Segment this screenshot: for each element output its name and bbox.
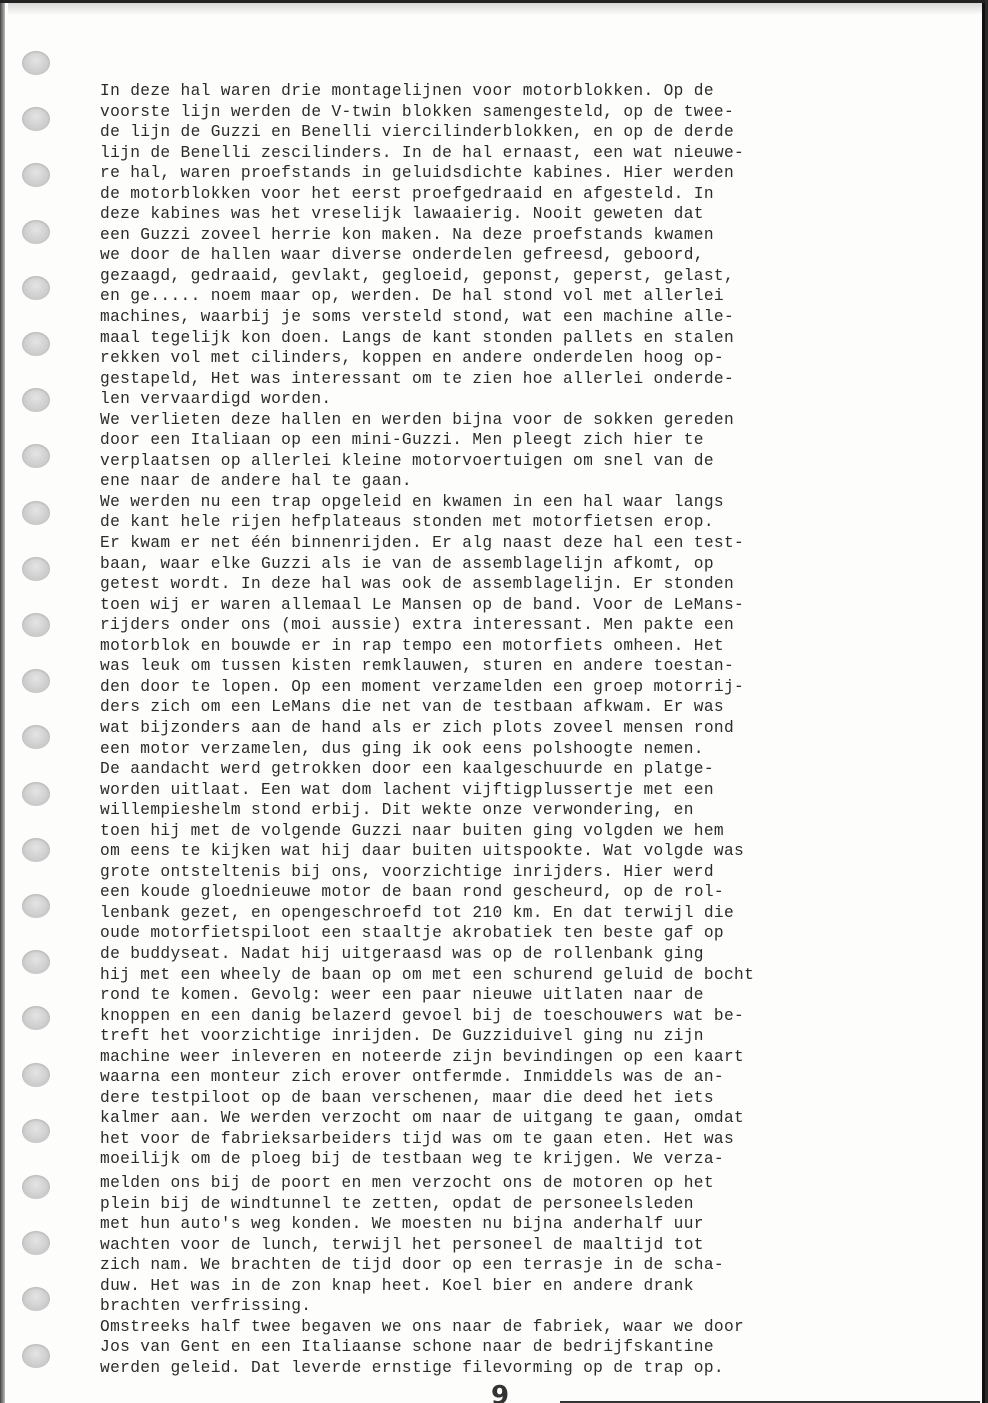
- text-line: wachten voor de lunch, terwijl het perso…: [100, 1235, 920, 1256]
- text-line: De aandacht werd getrokken door een kaal…: [100, 759, 920, 780]
- text-line: door een Italiaan op een mini-Guzzi. Men…: [100, 430, 920, 451]
- text-line: duw. Het was in de zon knap heet. Koel b…: [100, 1276, 920, 1297]
- binder-hole-icon: [22, 1063, 50, 1087]
- binder-hole-icon: [22, 107, 50, 131]
- binder-hole-icon: [22, 557, 50, 581]
- text-line: de kant hele rijen hefplateaus stonden m…: [100, 512, 920, 533]
- text-line: met hun auto's weg konden. We moesten nu…: [100, 1214, 920, 1235]
- text-line: motorblok en bouwde er in rap tempo een …: [100, 636, 920, 657]
- text-line: een Guzzi zoveel herrie kon maken. Na de…: [100, 225, 920, 246]
- text-line: rekken vol met cilinders, koppen en ande…: [100, 348, 920, 369]
- text-line: grote ontsteltenis bij ons, voorzichtige…: [100, 862, 920, 883]
- binder-hole-icon: [22, 1175, 50, 1199]
- text-line: was leuk om tussen kisten remklauwen, st…: [100, 656, 920, 677]
- text-line: voorste lijn werden de V-twin blokken sa…: [100, 102, 920, 123]
- text-line: melden ons bij de poort en men verzocht …: [100, 1173, 920, 1194]
- document-page: In deze hal waren drie montagelijnen voo…: [0, 0, 985, 1403]
- text-line: Jos van Gent en een Italiaanse schone na…: [100, 1337, 920, 1358]
- text-line: de motorblokken voor het eerst proefgedr…: [100, 184, 920, 205]
- text-line: plein bij de windtunnel te zetten, opdat…: [100, 1194, 920, 1215]
- text-line: treft het voorzichtige inrijden. De Guzz…: [100, 1026, 920, 1047]
- text-line: wat bijzonders aan de hand als er zich p…: [100, 718, 920, 739]
- text-line: rijders onder ons (moi aussie) extra int…: [100, 615, 920, 636]
- text-line: dere testpiloot op de baan verschenen, m…: [100, 1088, 920, 1109]
- binder-hole-icon: [22, 894, 50, 918]
- text-line: zich nam. We brachten de tijd door op ee…: [100, 1255, 920, 1276]
- binder-hole-icon: [22, 1344, 50, 1368]
- text-line: werden geleid. Dat leverde ernstige file…: [100, 1358, 920, 1379]
- text-line: om eens te kijken wat hij daar buiten ui…: [100, 841, 920, 862]
- text-line: rond te komen. Gevolg: weer een paar nie…: [100, 985, 920, 1006]
- text-line: moeilijk om de ploeg bij de testbaan weg…: [100, 1149, 920, 1170]
- binder-hole-icon: [22, 444, 50, 468]
- text-line: oude motorfietspiloot een staaltje akrob…: [100, 923, 920, 944]
- text-line: waarna een monteur zich erover ontfermde…: [100, 1067, 920, 1088]
- page-number: 9: [491, 1383, 509, 1403]
- binder-hole-icon: [22, 1231, 50, 1255]
- text-line: verplaatsen op allerlei kleine motorvoer…: [100, 451, 920, 472]
- text-line: willempieshelm stond erbij. Dit wekte on…: [100, 800, 920, 821]
- binder-hole-icon: [22, 388, 50, 412]
- text-line: toen hij met de volgende Guzzi naar buit…: [100, 821, 920, 842]
- text-line: In deze hal waren drie montagelijnen voo…: [100, 81, 920, 102]
- text-line: We verlieten deze hallen en werden bijna…: [100, 410, 920, 431]
- binder-hole-icon: [22, 501, 50, 525]
- text-line: ene naar de andere hal te gaan.: [100, 471, 920, 492]
- page-edge: [982, 3, 985, 1403]
- text-line: maal tegelijk kon doen. Langs de kant st…: [100, 328, 920, 349]
- text-line: We werden nu een trap opgeleid en kwamen…: [100, 492, 920, 513]
- text-line: baan, waar elke Guzzi als ie van de asse…: [100, 554, 920, 575]
- binder-hole-icon: [22, 669, 50, 693]
- text-line: het voor de fabrieksarbeiders tijd was o…: [100, 1129, 920, 1150]
- binder-hole-icon: [22, 613, 50, 637]
- binder-hole-icon: [22, 1006, 50, 1030]
- text-line: een motor verzamelen, dus ging ik ook ee…: [100, 739, 920, 760]
- binder-hole-icon: [22, 276, 50, 300]
- text-line: machine weer inleveren en noteerde zijn …: [100, 1047, 920, 1068]
- text-line: gestapeld, Het was interessant om te zie…: [100, 369, 920, 390]
- text-line: deze kabines was het vreselijk lawaaieri…: [100, 204, 920, 225]
- scan-shadow: [8, 3, 985, 15]
- text-line: en ge..... noem maar op, werden. De hal …: [100, 286, 920, 307]
- binder-hole-icon: [22, 950, 50, 974]
- text-line: kalmer aan. We werden verzocht om naar d…: [100, 1108, 920, 1129]
- text-line: lijn de Benelli zescilinders. In de hal …: [100, 143, 920, 164]
- typed-body-text: In deze hal waren drie montagelijnen voo…: [100, 81, 920, 1378]
- binder-hole-icon: [22, 725, 50, 749]
- binder-hole-icon: [22, 782, 50, 806]
- text-line: knoppen en een danig belazerd gevoel bij…: [100, 1006, 920, 1027]
- text-line: len vervaardigd worden.: [100, 389, 920, 410]
- text-line: we door de hallen waar diverse onderdele…: [100, 245, 920, 266]
- text-line: toen wij er waren allemaal Le Mansen op …: [100, 595, 920, 616]
- binder-hole-icon: [22, 1287, 50, 1311]
- binder-hole-icon: [22, 1119, 50, 1143]
- text-line: ders zich om een LeMans die net van de t…: [100, 697, 920, 718]
- text-line: machines, waarbij je soms versteld stond…: [100, 307, 920, 328]
- text-line: den door te lopen. Op een moment verzame…: [100, 677, 920, 698]
- binder-holes: [22, 3, 58, 1403]
- text-line: de buddyseat. Nadat hij uitgeraasd was o…: [100, 944, 920, 965]
- text-line: een koude gloednieuwe motor de baan rond…: [100, 882, 920, 903]
- text-line: Omstreeks half twee begaven we ons naar …: [100, 1317, 920, 1338]
- binder-hole-icon: [22, 838, 50, 862]
- text-line: gezaagd, gedraaid, gevlakt, gegloeid, ge…: [100, 266, 920, 287]
- text-line: re hal, waren proefstands in geluidsdich…: [100, 163, 920, 184]
- text-line: Er kwam er net één binnenrijden. Er alg …: [100, 533, 920, 554]
- binder-hole-icon: [22, 220, 50, 244]
- text-line: worden uitlaat. Een wat dom lachent vijf…: [100, 780, 920, 801]
- text-line: getest wordt. In deze hal was ook de ass…: [100, 574, 920, 595]
- binder-hole-icon: [22, 332, 50, 356]
- binder-hole-icon: [22, 51, 50, 75]
- binder-hole-icon: [22, 163, 50, 187]
- text-line: lenbank gezet, en opengeschroefd tot 210…: [100, 903, 920, 924]
- text-line: hij met een wheely de baan op om met een…: [100, 965, 920, 986]
- text-line: brachten verfrissing.: [100, 1296, 920, 1317]
- text-line: de lijn de Guzzi en Benelli viercilinder…: [100, 122, 920, 143]
